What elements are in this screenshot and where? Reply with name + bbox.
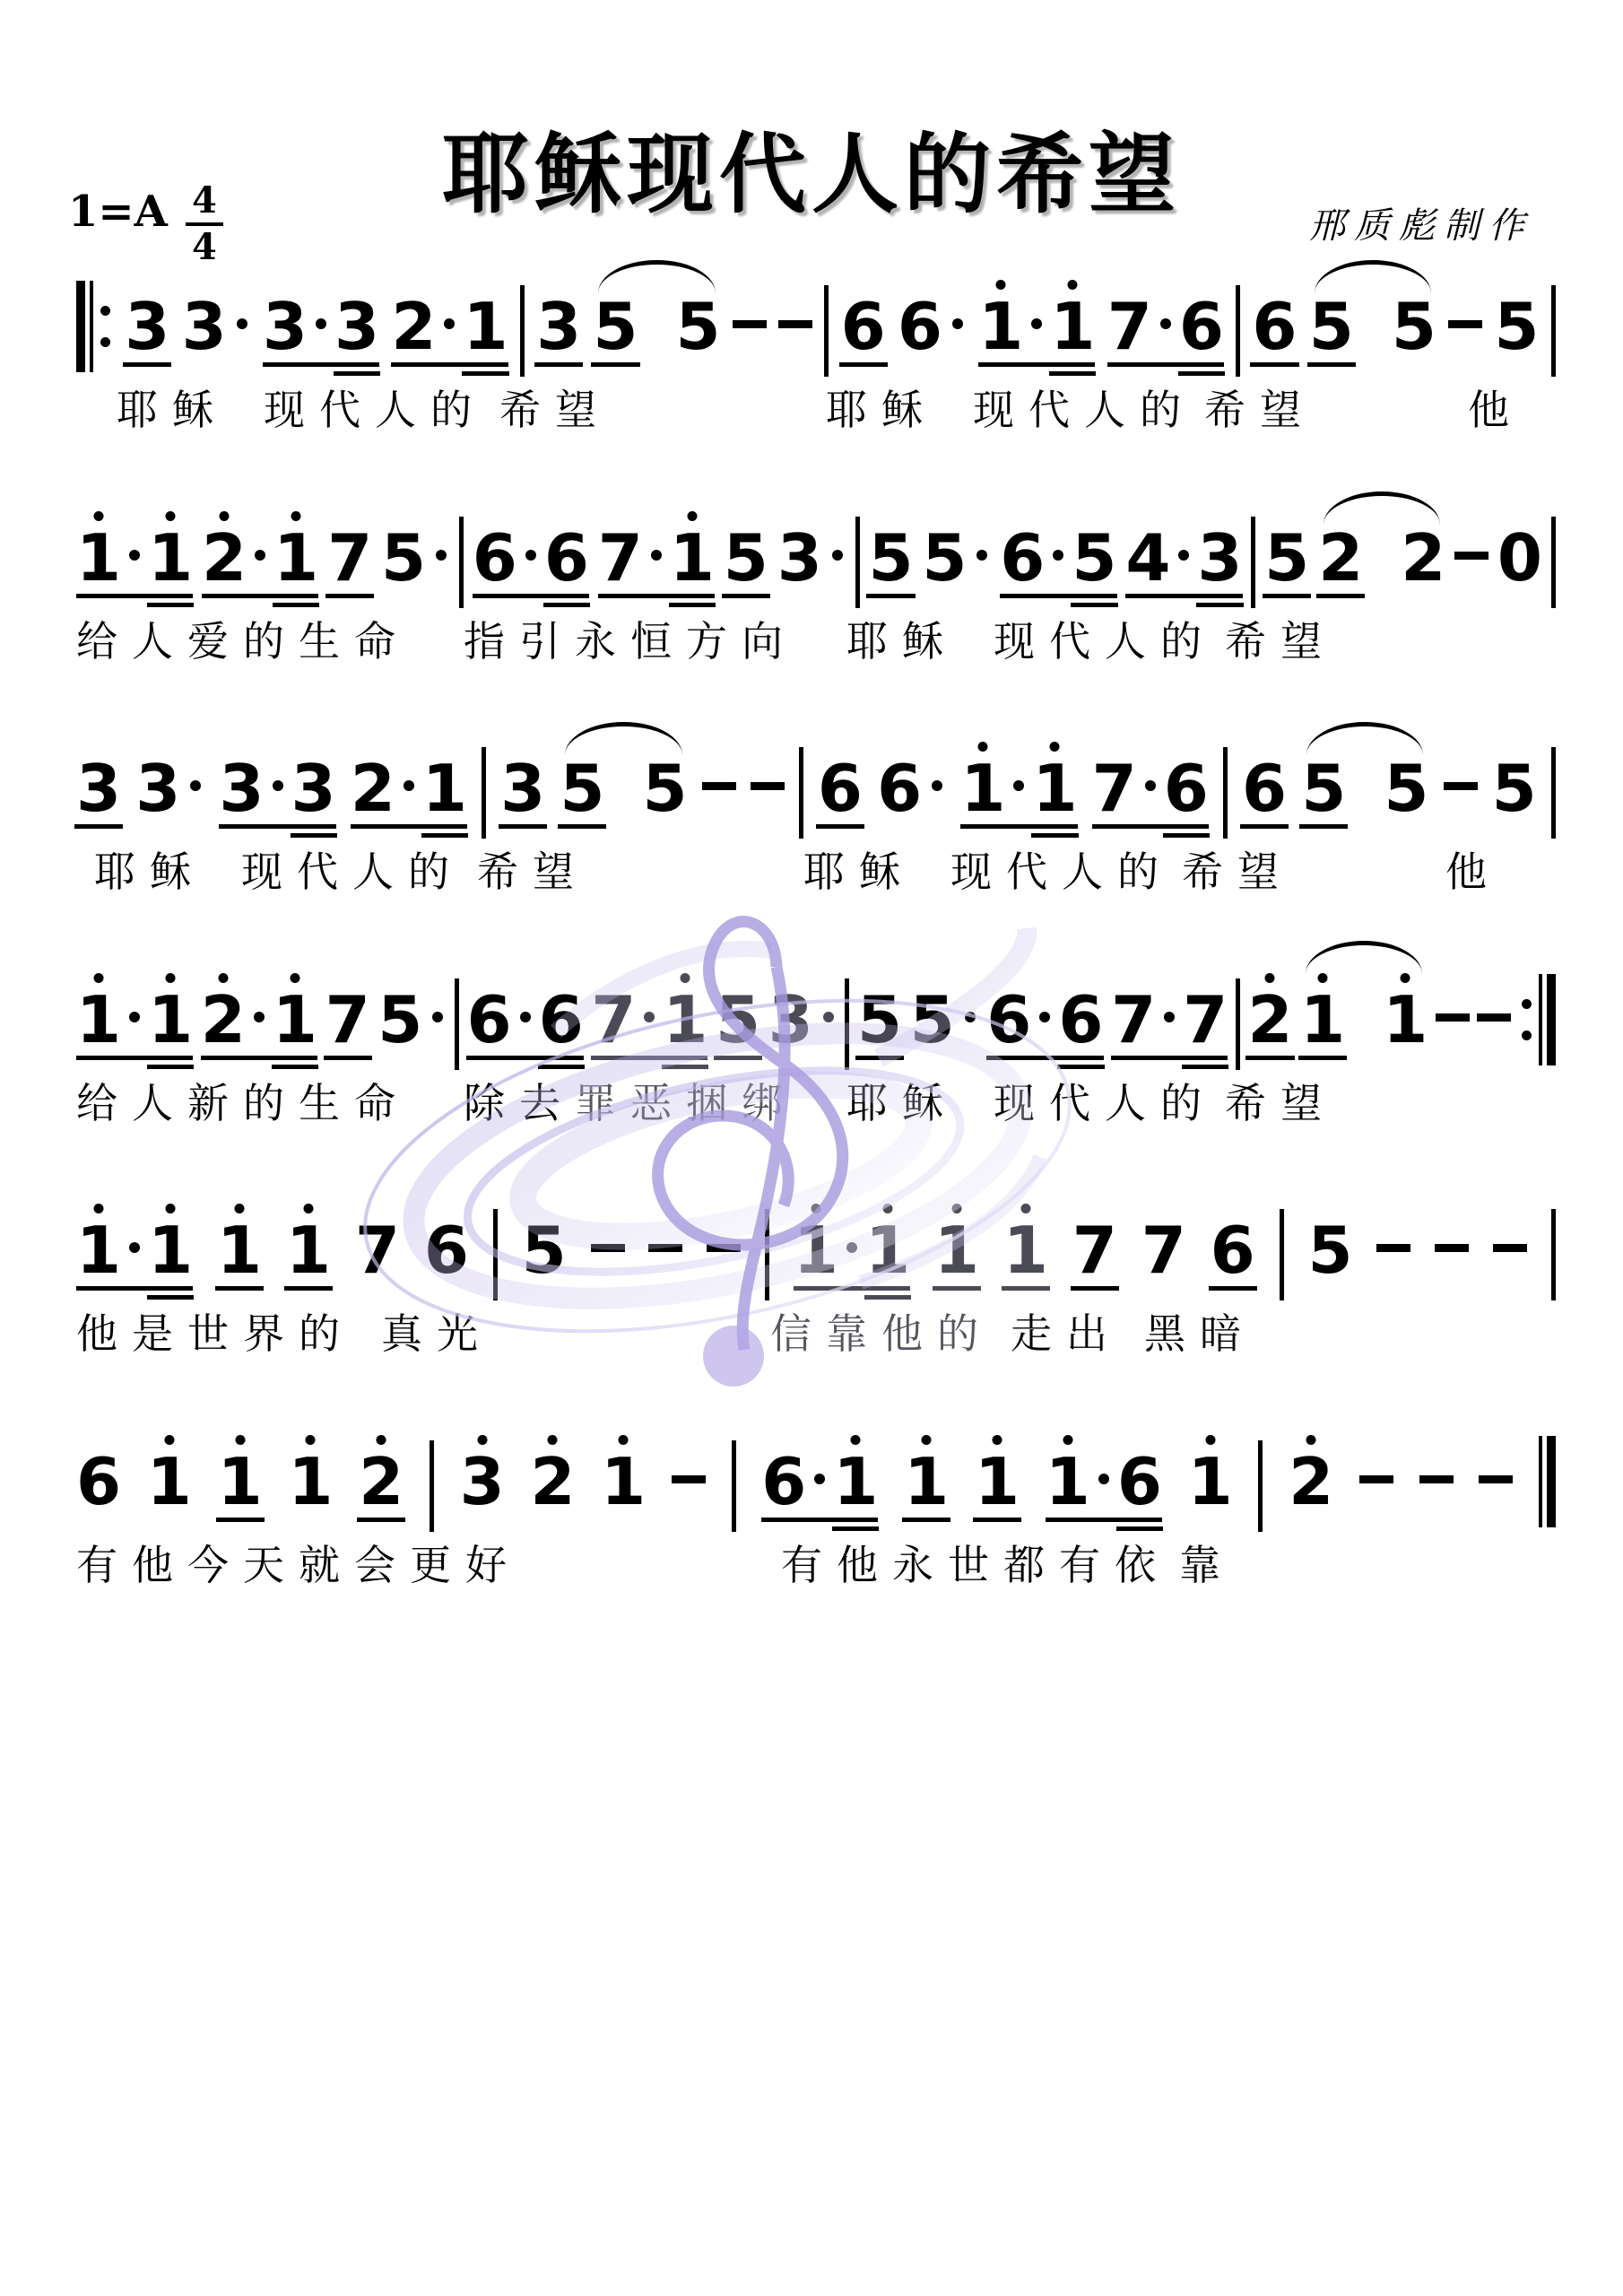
note-digit: 5 — [1392, 294, 1436, 359]
octave-dot — [477, 1435, 487, 1445]
duration-underline — [334, 371, 380, 376]
duration-underline — [215, 1286, 264, 1291]
octave-dot — [290, 973, 299, 983]
note: 6 — [898, 294, 967, 359]
note-digit: 1 — [601, 1449, 646, 1514]
note-digit: 7 — [1092, 756, 1137, 821]
octave-dot — [1020, 1204, 1030, 1213]
rest-note: 0 — [1497, 526, 1542, 590]
note: 3 — [125, 294, 169, 359]
tie-group: 55 — [1309, 294, 1436, 359]
note-digit: 6 — [1164, 756, 1209, 821]
note: 2 — [1247, 987, 1292, 1052]
duration-underline — [1196, 603, 1243, 607]
barline — [482, 747, 486, 839]
repeat-dot — [1522, 1031, 1532, 1040]
note-digit: 6 — [1242, 756, 1287, 821]
note-cell: 6 — [466, 987, 511, 1052]
lyrics-row: 他是世界的真光信靠他的走出黑暗 — [76, 1309, 1556, 1358]
note-digit: 3 — [135, 756, 180, 821]
note-digit: 1 — [273, 526, 318, 590]
note-pair: 66 — [986, 987, 1103, 1052]
note-digit: 5 — [716, 987, 760, 1052]
augmentation-dot — [1145, 780, 1156, 791]
augmentation-dot — [1160, 318, 1171, 329]
octave-dot — [94, 973, 104, 983]
note-cell: 1 — [1003, 1218, 1048, 1283]
lyric-phrase: 希望 — [1182, 848, 1293, 896]
music-line: 1121756671535565435220给人爱的生命指引永恒方向耶稣现代人的… — [76, 526, 1556, 665]
barline — [1551, 517, 1556, 608]
note-digit: 2 — [530, 1449, 575, 1514]
lyric-phrase: 有他永世都有依 — [781, 1541, 1170, 1589]
notes-row: 1121756671535565435220 — [76, 526, 1556, 590]
note-cell: 3 — [500, 756, 545, 821]
meter-numerator: 4 — [192, 183, 217, 219]
note-cell: 5 — [868, 526, 913, 590]
repeat-dot — [100, 306, 110, 316]
duration-underline — [1163, 833, 1210, 838]
lyric-phrase: 给人爱的生命 — [76, 617, 410, 665]
duration-underline — [1049, 371, 1096, 376]
duration-underline — [273, 603, 319, 607]
duration-underline — [272, 1065, 318, 1069]
octave-dot — [306, 1435, 316, 1445]
note: 6 — [1242, 756, 1287, 821]
lyrics-row: 给人爱的生命指引永恒方向耶稣现代人的希望 — [76, 617, 1556, 665]
note-cell: 3 — [219, 756, 264, 821]
note-digit: 1 — [960, 756, 1005, 821]
duration-dash — [1419, 1475, 1454, 1483]
duration-underline — [284, 1286, 333, 1291]
octave-dot — [1318, 973, 1328, 983]
duration-underline — [543, 603, 590, 607]
note: 5 — [868, 526, 913, 590]
note-digit: 1 — [904, 1449, 949, 1514]
lyric-phrase: 希望 — [1204, 386, 1315, 434]
note-cell: 1 — [1032, 756, 1077, 821]
notes-row: 3333213556611766555 — [76, 294, 1556, 359]
duration-underline — [1125, 594, 1242, 598]
meter-denominator: 4 — [192, 230, 217, 265]
note-cell: 7 — [1141, 1218, 1186, 1283]
note-digit: 3 — [777, 526, 822, 590]
repeat-dots — [100, 306, 110, 347]
note-digit: 3 — [460, 1449, 505, 1514]
lyric-phrase: 耶稣 — [846, 1079, 958, 1127]
octave-dot — [1063, 1435, 1072, 1445]
note-cell: 2 — [1289, 1449, 1333, 1514]
augmentation-dot — [1013, 780, 1024, 791]
note-cell: 1 — [147, 1449, 192, 1514]
note-digit: 3 — [1197, 526, 1242, 590]
key-label: 1=A — [68, 190, 168, 233]
lyrics-row: 耶稣现代人的希望耶稣现代人的希望他 — [76, 386, 1556, 434]
duration-underline — [832, 1526, 879, 1531]
note-cell: 5 — [910, 987, 955, 1052]
duration-underline — [147, 1065, 194, 1069]
duration-underline — [1263, 594, 1311, 598]
augmentation-dot — [1039, 1012, 1050, 1022]
lyric-phrase: 真光 — [381, 1309, 492, 1358]
octave-dot — [951, 1204, 961, 1213]
note-digit: 1 — [286, 1218, 331, 1283]
note-cell: 1 — [670, 526, 715, 590]
augmentation-dot — [976, 550, 987, 561]
duration-underline — [714, 1056, 762, 1060]
octave-dot — [1068, 280, 1078, 290]
note: 5 — [1392, 294, 1436, 359]
note-cell: 6 — [898, 294, 942, 359]
note-pair: 76 — [1092, 756, 1209, 821]
note-digit: 3 — [182, 294, 227, 359]
thin-barline — [90, 281, 93, 372]
note-digit: 5 — [724, 526, 768, 590]
note-cell: 6 — [1242, 756, 1287, 821]
key-signature: 1=A 4 4 — [68, 190, 223, 273]
note-digit: 1 — [76, 526, 121, 590]
duration-underline — [973, 1518, 1021, 1522]
note-pair: 11 — [76, 987, 193, 1052]
note-pair: 11 — [76, 526, 193, 590]
duration-underline — [1116, 1526, 1163, 1531]
note-digit: 5 — [1264, 526, 1309, 590]
tie-group: 55 — [593, 294, 720, 359]
note-digit: 5 — [1301, 756, 1346, 821]
note-digit: 1 — [1188, 1449, 1233, 1514]
note: 5 — [910, 987, 979, 1052]
duration-underline — [794, 1286, 910, 1291]
lyric-phrase: 他是世界的 — [76, 1309, 354, 1358]
note-digit: 1 — [670, 526, 715, 590]
duration-dash — [778, 320, 812, 328]
note-digit: 7 — [1107, 294, 1152, 359]
note: 6 — [1252, 294, 1297, 359]
note-cell: 5 — [378, 987, 422, 1052]
note-digit: 1 — [794, 1218, 838, 1283]
note: 3 — [777, 526, 846, 590]
duration-underline — [421, 833, 468, 838]
note: 7 — [327, 526, 372, 590]
augmentation-dot — [432, 1012, 443, 1022]
duration-underline — [662, 1065, 708, 1069]
duration-underline — [839, 362, 888, 367]
note-digit: 0 — [1497, 526, 1542, 590]
note-digit: 6 — [539, 987, 584, 1052]
note-cell: 6 — [761, 1449, 806, 1514]
duration-underline — [76, 1286, 193, 1291]
note-cell: 7 — [591, 987, 636, 1052]
duration-dash — [672, 1475, 706, 1483]
note-digit: 6 — [986, 987, 1031, 1052]
note-cell: 6 — [1000, 526, 1045, 590]
note-cell: 2 — [201, 987, 246, 1052]
note-digit: 1 — [147, 1449, 192, 1514]
note-cell: 5 — [1264, 526, 1309, 590]
note-pair: 21 — [201, 987, 317, 1052]
note-digit: 2 — [359, 1449, 404, 1514]
lyric-phrase: 现代人的 — [950, 848, 1173, 896]
note-digit: 6 — [898, 294, 942, 359]
note-pair: 11 — [794, 1218, 910, 1283]
octave-dot — [291, 511, 301, 521]
note-digit: 1 — [463, 294, 508, 359]
octave-dot — [883, 1204, 893, 1213]
note-cell: 5 — [716, 987, 760, 1052]
note-digit: 5 — [642, 756, 687, 821]
duration-underline — [357, 1518, 405, 1522]
note-digit: 7 — [591, 987, 636, 1052]
thick-barline — [1547, 1436, 1556, 1527]
note-digit: 2 — [1247, 987, 1292, 1052]
notes-row: 111176511117765 — [76, 1218, 1556, 1283]
time-signature: 4 4 — [186, 183, 223, 265]
thick-barline — [76, 281, 85, 372]
note-digit: 5 — [922, 526, 967, 590]
note-cell: 5 — [922, 526, 967, 590]
duration-underline — [1111, 1056, 1228, 1060]
barline — [732, 1440, 736, 1532]
augmentation-dot — [1178, 550, 1189, 561]
note: 5 — [522, 1218, 567, 1283]
note-digit: 3 — [219, 756, 264, 821]
duration-underline — [324, 1056, 372, 1060]
lyric-phrase: 现代人的 — [973, 386, 1195, 434]
note-cell: 1 — [975, 1449, 1020, 1514]
note: 1 — [904, 1449, 949, 1514]
note-digit: 1 — [148, 526, 193, 590]
note: 6 — [1211, 1218, 1255, 1283]
duration-underline — [591, 362, 639, 367]
duration-underline — [722, 594, 770, 598]
duration-underline — [1002, 1286, 1050, 1291]
lyric-phrase: 耶稣 — [117, 386, 228, 434]
octave-dot — [619, 1435, 629, 1445]
note-cell: 1 — [76, 1218, 121, 1283]
note-cell: 1 — [1046, 1449, 1090, 1514]
note: 3 — [182, 294, 251, 359]
note-digit: 1 — [148, 987, 193, 1052]
lyric-phrase: 希望 — [1225, 1079, 1336, 1127]
note: 5 — [922, 526, 991, 590]
duration-underline — [669, 603, 716, 607]
note-cell: 1 — [833, 1449, 878, 1514]
lyric-phrase: 靠 — [1179, 1541, 1235, 1589]
duration-underline — [1000, 594, 1116, 598]
duration-underline — [1182, 1065, 1228, 1069]
octave-dot — [1050, 742, 1060, 752]
augmentation-dot — [952, 318, 963, 329]
note: 5 — [1301, 756, 1346, 821]
note: 5 — [724, 526, 768, 590]
barline — [430, 1440, 434, 1532]
note-cell: 1 — [1050, 294, 1095, 359]
note: 3 — [768, 987, 838, 1052]
note-cell: 3 — [182, 294, 227, 359]
augmentation-dot — [129, 1012, 140, 1022]
note: 6 — [841, 294, 886, 359]
octave-dot — [681, 973, 690, 983]
note-digit: 6 — [466, 987, 511, 1052]
duration-underline — [219, 824, 335, 829]
note: 1 — [1003, 1218, 1048, 1283]
duration-underline — [1299, 824, 1348, 829]
duration-underline — [499, 824, 547, 829]
note-digit: 4 — [1125, 526, 1170, 590]
augmentation-dot — [1098, 1474, 1109, 1484]
barline — [1236, 285, 1240, 377]
augmentation-dot — [436, 550, 447, 561]
duration-underline — [902, 1518, 950, 1522]
note: 5 — [560, 756, 604, 821]
augmentation-dot — [525, 550, 536, 561]
note-pair: 11 — [960, 756, 1077, 821]
note-cell: 3 — [768, 987, 813, 1052]
music-line: 3333213556611766555耶稣现代人的希望耶稣现代人的希望他 — [76, 756, 1556, 896]
lyric-phrase: 希望 — [499, 386, 611, 434]
note-pair: 21 — [391, 294, 508, 359]
augmentation-dot — [1053, 550, 1063, 561]
duration-underline — [591, 1056, 707, 1060]
duration-underline — [1209, 1286, 1257, 1291]
note-cell: 5 — [676, 294, 721, 359]
note-digit: 1 — [273, 987, 317, 1052]
note: 6 — [818, 756, 863, 821]
note-digit: 2 — [1289, 1449, 1333, 1514]
augmentation-dot — [404, 780, 414, 791]
note: 1 — [975, 1449, 1020, 1514]
note: 3 — [135, 756, 204, 821]
barline — [1551, 747, 1556, 839]
duration-underline — [598, 594, 715, 598]
note-cell: 7 — [1072, 1218, 1117, 1283]
note-digit: 5 — [868, 526, 913, 590]
augmentation-dot — [644, 1012, 655, 1022]
augmentation-dot — [823, 1012, 834, 1022]
tie-group: 11 — [1300, 987, 1428, 1052]
lyric-phrase: 耶稣 — [803, 848, 915, 896]
note: 3 — [460, 1449, 505, 1514]
lyric-phrase: 他 — [1468, 386, 1523, 434]
octave-dot — [992, 1435, 1002, 1445]
note-digit: 1 — [288, 1449, 333, 1514]
tie-group: 22 — [1318, 526, 1445, 590]
note: 7 — [1141, 1218, 1186, 1283]
note-digit: 1 — [76, 987, 121, 1052]
duration-underline — [933, 1286, 981, 1291]
repeat-start-barline — [76, 294, 113, 359]
duration-underline — [1107, 362, 1224, 367]
note-cell: 1 — [76, 987, 121, 1052]
note-pair: 76 — [1107, 294, 1224, 359]
octave-dot — [1306, 1435, 1316, 1445]
note-cell: 5 — [642, 756, 687, 821]
augmentation-dot — [129, 550, 140, 561]
note-cell: 3 — [536, 294, 581, 359]
barline — [1236, 978, 1240, 1070]
barline — [1251, 517, 1255, 608]
note-cell: 5 — [560, 756, 604, 821]
note: 7 — [1072, 1218, 1117, 1283]
note-cell: 2 — [1401, 526, 1445, 590]
note-cell: 3 — [460, 1449, 505, 1514]
note: 1 — [1188, 1449, 1233, 1514]
note-digit: 6 — [1211, 1218, 1255, 1283]
note: 6 — [877, 756, 946, 821]
duration-dash — [1376, 1244, 1410, 1252]
duration-dash — [751, 782, 785, 790]
note-digit: 1 — [1046, 1449, 1090, 1514]
duration-underline — [1046, 1518, 1162, 1522]
note-cell: 7 — [598, 526, 643, 590]
note-digit: 3 — [291, 756, 336, 821]
duration-underline — [761, 1518, 878, 1522]
duration-dash — [1444, 782, 1478, 790]
duration-underline — [466, 1056, 583, 1060]
note-cell: 1 — [76, 526, 121, 590]
note-digit: 7 — [1111, 987, 1156, 1052]
octave-dot — [166, 511, 176, 521]
note-cell: 2 — [1247, 987, 1292, 1052]
note-digit: 1 — [1003, 1218, 1048, 1283]
notes-row: 112175667153556677211 — [76, 987, 1556, 1052]
duration-underline — [74, 824, 123, 829]
barline — [799, 747, 803, 839]
note-digit: 1 — [663, 987, 707, 1052]
note-cell: 2 — [530, 1449, 575, 1514]
duration-underline — [473, 594, 589, 598]
lyrics-row: 给人新的生命除去罪恶捆绑耶稣现代人的希望 — [76, 1079, 1556, 1127]
duration-dash — [733, 320, 767, 328]
note: 5 — [1492, 756, 1537, 821]
note-digit: 3 — [536, 294, 581, 359]
lyric-phrase: 指引永恒方向 — [464, 617, 797, 665]
lyric-phrase: 现代人的 — [994, 617, 1216, 665]
note-digit: 6 — [818, 756, 863, 821]
note-cell: 5 — [1494, 294, 1539, 359]
note-digit: 2 — [201, 987, 246, 1052]
notes-row: 3333213556611766555 — [76, 756, 1556, 821]
note-cell: 5 — [522, 1218, 567, 1283]
duration-underline — [1240, 824, 1289, 829]
note-pair: 65 — [1000, 526, 1116, 590]
augmentation-dot — [129, 1242, 140, 1253]
octave-dot — [548, 1435, 558, 1445]
duration-dash — [1359, 1475, 1393, 1483]
note-cell: 1 — [463, 294, 508, 359]
note-digit: 7 — [1072, 1218, 1117, 1283]
lyric-phrase: 黑暗 — [1144, 1309, 1255, 1358]
note-cell: 7 — [1107, 294, 1152, 359]
duration-underline — [534, 362, 583, 367]
note-cell: 4 — [1125, 526, 1170, 590]
duration-underline — [866, 594, 915, 598]
tie-group: 55 — [1301, 756, 1428, 821]
note-digit: 6 — [1058, 987, 1103, 1052]
lyric-phrase: 希望 — [1225, 617, 1336, 665]
note-cell: 1 — [422, 756, 467, 821]
octave-dot — [687, 511, 697, 521]
note-cell: 3 — [291, 756, 336, 821]
duration-underline — [147, 1295, 194, 1300]
note-cell: 6 — [473, 526, 517, 590]
augmentation-dot — [237, 318, 247, 329]
note-cell: 6 — [818, 756, 863, 821]
note-cell: 7 — [325, 987, 370, 1052]
duration-underline — [76, 594, 193, 598]
barline — [1551, 285, 1556, 377]
lyric-phrase: 给人新的生命 — [76, 1079, 410, 1127]
